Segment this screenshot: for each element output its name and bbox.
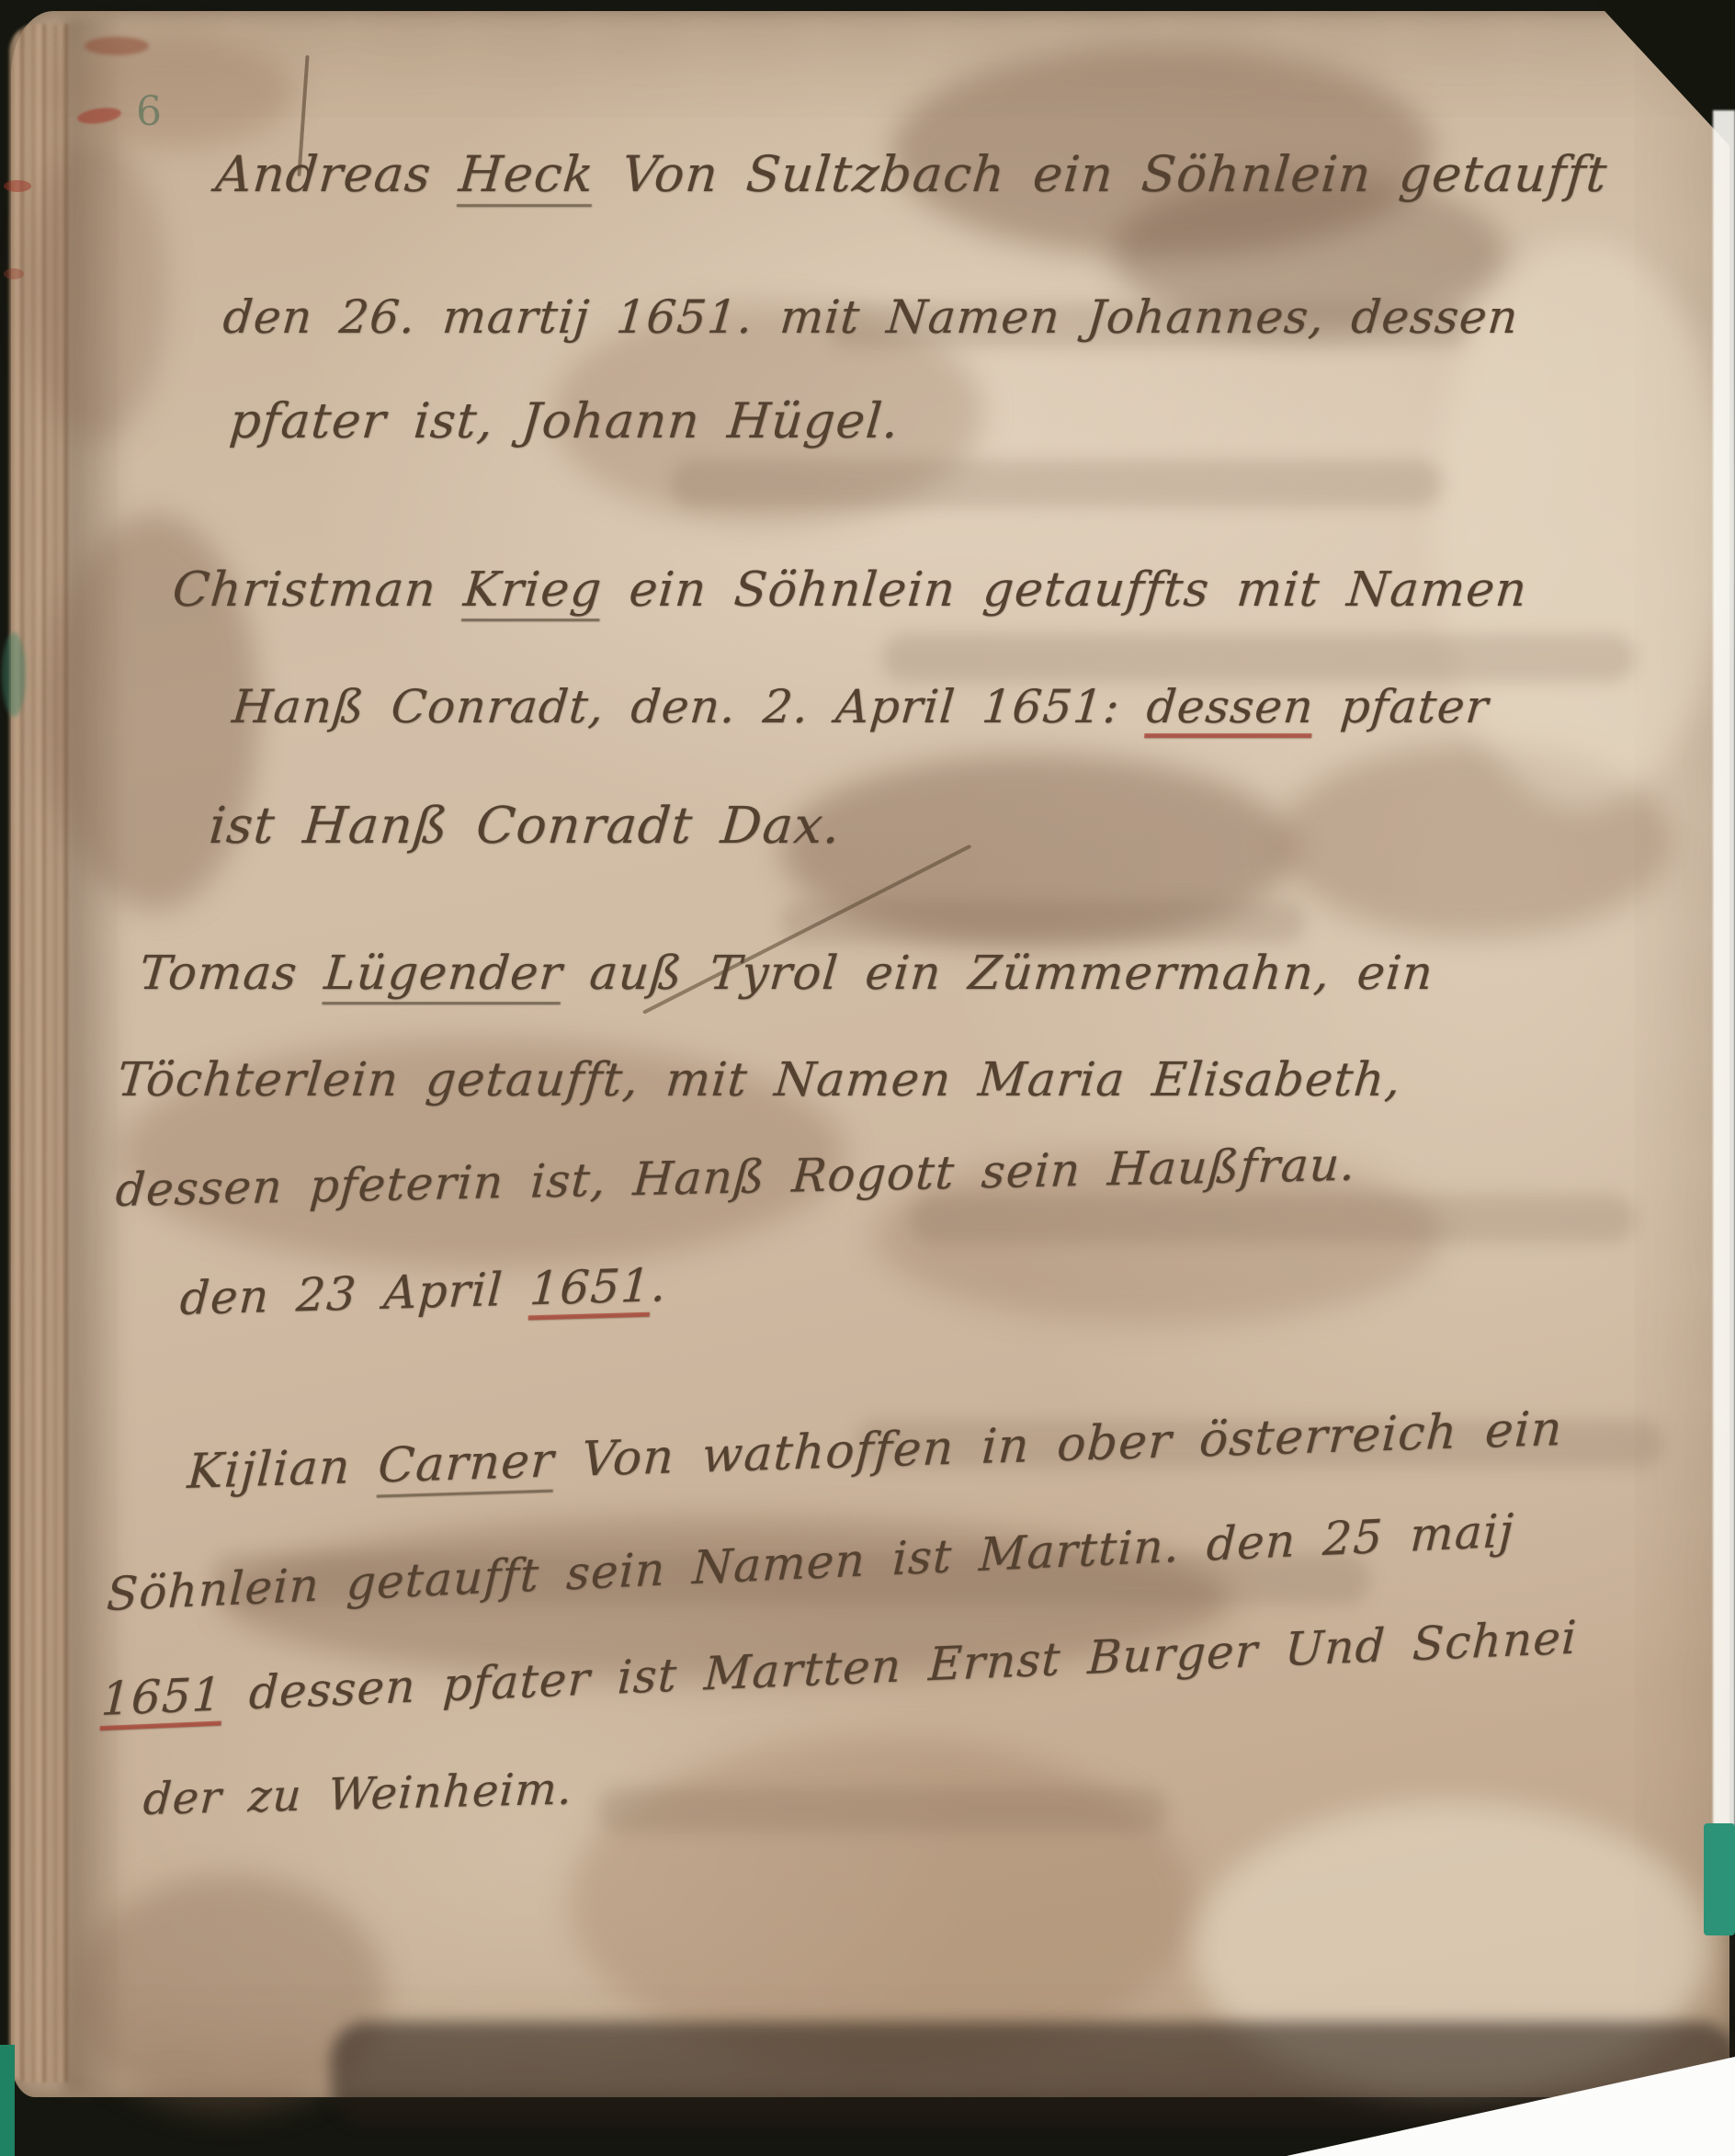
- bleed-through: [910, 1195, 1636, 1243]
- text-segment: Töchterlein getaufft, mit Namen Maria El…: [115, 1053, 1403, 1107]
- red-underlined-year: 1651: [100, 1667, 224, 1726]
- entry-3-line-1: Tomas Lügender auß Tyrol ein Zümmermahn,…: [137, 947, 1435, 1001]
- entry-1-line-2: den 26. martij 1651. mit Namen Johannes,…: [221, 290, 1521, 344]
- text-segment: Von Sultzbach ein Söhnlein getaufft: [592, 145, 1610, 203]
- text-segment: den 26. martij 1651. mit Namen Johannes,…: [221, 290, 1521, 344]
- red-underlined-word: dessen: [1144, 680, 1316, 733]
- bleed-through: [597, 1787, 1167, 1832]
- entry-2-line-3: ist Hanß Conradt Dax.: [207, 796, 843, 855]
- stain: [570, 1737, 1195, 2068]
- text-segment: Christman: [170, 562, 466, 618]
- text-segment: pfater ist, Johann Hügel.: [227, 393, 902, 449]
- red-underlined-year: 1651: [528, 1259, 652, 1316]
- stain: [55, 37, 294, 147]
- underlined-surname: Krieg: [461, 562, 605, 618]
- entry-4-line-4: der zu Weinheim.: [142, 1764, 574, 1826]
- text-segment: der zu Weinheim.: [142, 1764, 574, 1826]
- stain: [28, 138, 165, 441]
- text-segment: Hanß Conradt, den. 2. April 1651:: [230, 680, 1149, 733]
- teal-cover-strip-right: [1704, 1823, 1735, 1935]
- text-segment: .: [650, 1258, 669, 1312]
- scan-edge-highlight: [1713, 110, 1735, 1838]
- underlined-surname: Heck: [457, 145, 596, 203]
- text-segment: auß Tyrol ein Zümmermahn, ein: [561, 947, 1436, 1001]
- underlined-surname: Carner: [377, 1433, 556, 1493]
- folio-number: 6: [136, 88, 162, 135]
- text-segment: ist Hanß Conradt Dax.: [207, 796, 843, 855]
- red-edge-mark: [4, 180, 31, 192]
- text-segment: pfater: [1311, 680, 1491, 733]
- red-edge-mark: [4, 268, 24, 279]
- text-segment: Tomas: [137, 947, 326, 1001]
- entry-1-line-3: pfater ist, Johann Hügel.: [227, 393, 902, 449]
- bleed-through: [781, 901, 1305, 943]
- teal-cover-strip-left: [0, 2045, 15, 2156]
- entry-1-line-1: Andreas Heck Von Sultzbach ein Söhnlein …: [213, 145, 1610, 203]
- entry-2-line-2: Hanß Conradt, den. 2. April 1651: dessen…: [230, 680, 1491, 733]
- bleed-through: [882, 634, 1636, 682]
- manuscript-scan: 6 Andreas Heck Von Sultzbach ein Söhnlei…: [0, 0, 1735, 2156]
- underlined-surname: Lügender: [323, 947, 565, 1001]
- bleed-through: [671, 460, 1443, 507]
- text-segment: Andreas: [213, 145, 461, 203]
- text-segment: ein Söhnlein getauffts mit Namen: [599, 562, 1529, 618]
- text-segment: Kijlian: [186, 1438, 380, 1500]
- entry-2-line-1: Christman Krieg ein Söhnlein getauffts m…: [170, 562, 1529, 618]
- text-segment: den 23 April: [178, 1262, 531, 1325]
- entry-3-line-2: Töchterlein getaufft, mit Namen Maria El…: [115, 1053, 1403, 1107]
- red-edge-mark: [85, 37, 149, 55]
- green-edge-mark: [2, 632, 26, 717]
